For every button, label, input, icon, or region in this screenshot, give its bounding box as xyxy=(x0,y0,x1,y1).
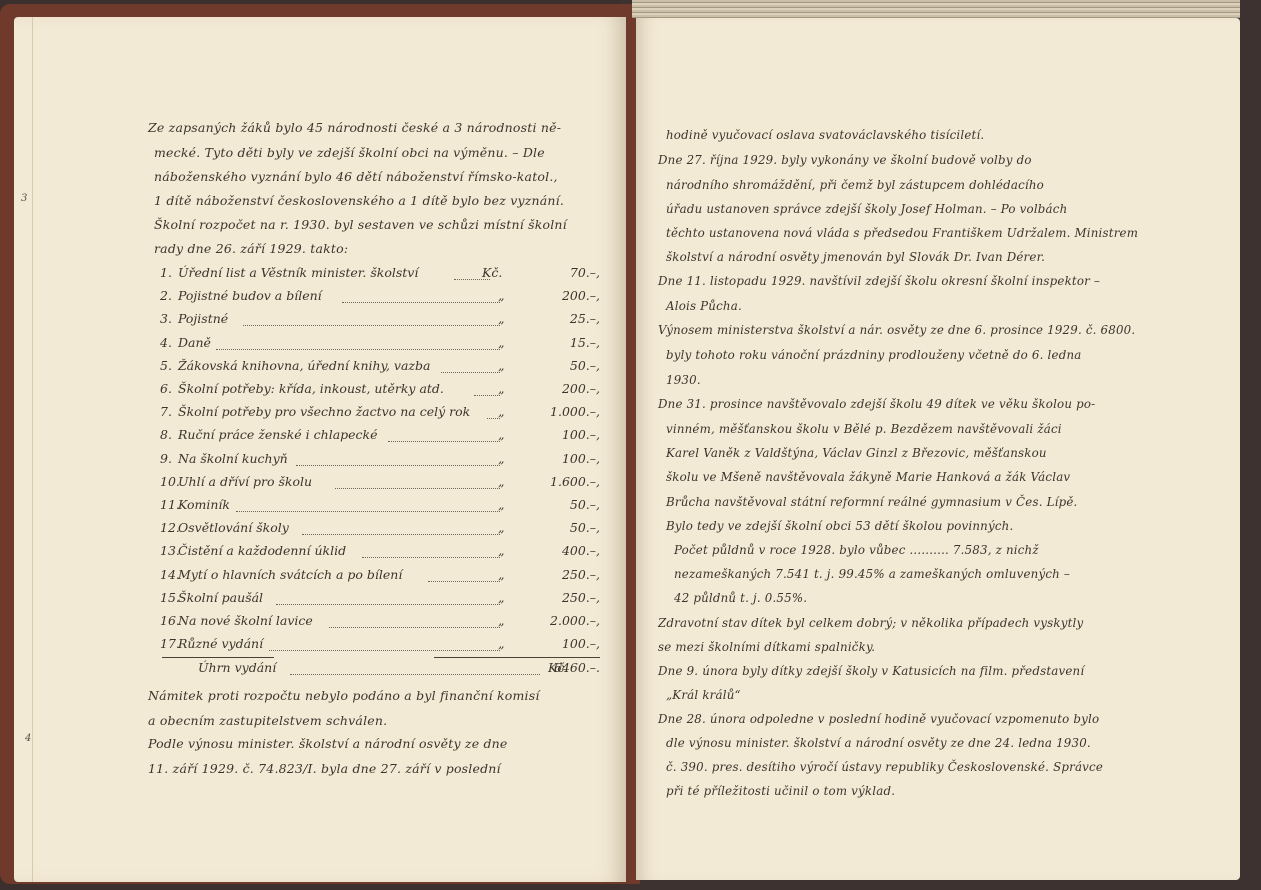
item-number: 6. xyxy=(160,381,172,396)
text-line: a obecním zastupitelstvem schválen. xyxy=(148,713,387,728)
text-line: školství a národní osvěty jmenován byl S… xyxy=(666,250,1045,264)
budget-row: 1.Úřední list a Věstník minister. školst… xyxy=(160,265,600,287)
text-line: rady dne 26. září 1929. takto: xyxy=(154,241,348,256)
text-line: Dne 9. února byly dítky zdejší školy v K… xyxy=(658,664,1084,678)
item-marker: „ xyxy=(498,427,504,442)
budget-row: 5.Žákovská knihovna, úřední knihy, vazba… xyxy=(160,358,600,380)
text-line: Dne 27. října 1929. byly vykonány ve ško… xyxy=(658,153,1032,167)
item-amount: 25.–, xyxy=(570,311,600,326)
item-number: 3. xyxy=(160,311,172,326)
text-line: dle výnosu minister. školství a národní … xyxy=(666,736,1091,750)
leader-dots xyxy=(269,636,500,651)
item-marker: „ xyxy=(498,404,504,419)
item-number: 17. xyxy=(160,636,180,651)
item-number: 16. xyxy=(160,613,180,628)
item-label: Ruční práce ženské i chlapecké xyxy=(178,427,378,442)
item-label: Uhlí a dříví pro školu xyxy=(178,474,312,489)
item-marker: „ xyxy=(498,358,504,373)
leader-dots xyxy=(329,613,500,628)
item-marker: „ xyxy=(498,590,504,605)
page-stack-edge xyxy=(632,0,1240,18)
item-marker: „ xyxy=(498,613,504,628)
text-line: úřadu ustanoven správce zdejší školy Jos… xyxy=(666,202,1067,216)
text-line: Zdravotní stav dítek byl celkem dobrý; v… xyxy=(658,616,1083,630)
item-label: Školní potřeby: křída, inkoust, utěrky a… xyxy=(178,381,444,396)
item-marker: „ xyxy=(498,567,504,582)
budget-row: 15.Školní paušál„250.–, xyxy=(160,590,600,612)
budget-row: 3.Pojistné„25.–, xyxy=(160,311,600,333)
item-marker: „ xyxy=(498,311,504,326)
text-line: nezameškaných 7.541 t. j. 99.45% a zameš… xyxy=(674,567,1070,581)
item-marker: „ xyxy=(498,543,504,558)
underline-rule xyxy=(162,657,274,658)
item-number: 11. xyxy=(160,497,180,512)
budget-row: 16.Na nové školní lavice„2.000.–, xyxy=(160,613,600,635)
item-amount: 200.–, xyxy=(562,288,600,303)
text-line: Karel Vaněk z Valdštýna, Václav Ginzl z … xyxy=(666,446,1047,460)
item-label: Na školní kuchyň xyxy=(178,451,288,466)
item-marker: „ xyxy=(498,497,504,512)
item-amount: 50.–, xyxy=(570,358,600,373)
leader-dots xyxy=(474,381,500,396)
text-line: Brůcha navštěvoval státní reformní reáln… xyxy=(666,495,1078,509)
item-label: Daně xyxy=(178,335,211,350)
item-amount: 100.–, xyxy=(562,427,600,442)
budget-row: 12.Osvětlování školy„50.–, xyxy=(160,520,600,542)
budget-row: 11.Kominík„50.–, xyxy=(160,497,600,519)
text-line: vinném, měšťanskou školu v Bělé p. Bezdě… xyxy=(666,422,1062,436)
item-label: Školní paušál xyxy=(178,590,263,605)
budget-row: 14.Mytí o hlavních svátcích a po bílení„… xyxy=(160,567,600,589)
leader-dots xyxy=(302,520,500,535)
item-label: Pojistné budov a bílení xyxy=(178,288,322,303)
item-amount: 200.–, xyxy=(562,381,600,396)
item-label: Pojistné xyxy=(178,311,228,326)
leader-dots xyxy=(388,427,500,442)
leader-dots xyxy=(290,660,540,675)
item-marker: „ xyxy=(498,474,504,489)
item-number: 5. xyxy=(160,358,172,373)
item-amount: 1.600.–, xyxy=(550,474,600,489)
text-line: mecké. Tyto děti byly ve zdejší školní o… xyxy=(154,145,545,160)
item-amount: 100.–, xyxy=(562,451,600,466)
item-number: 13. xyxy=(160,543,180,558)
item-amount: 250.–, xyxy=(562,590,600,605)
item-marker: „ xyxy=(498,451,504,466)
item-amount: 70.–, xyxy=(570,265,600,280)
margin-mark: 4 xyxy=(25,733,31,744)
item-label: Žákovská knihovna, úřední knihy, vazba xyxy=(178,358,430,373)
item-label: Kominík xyxy=(178,497,230,512)
item-label: Mytí o hlavních svátcích a po bílení xyxy=(178,567,402,582)
item-number: 8. xyxy=(160,427,172,442)
text-line: 1930. xyxy=(666,373,701,387)
item-number: 15. xyxy=(160,590,180,605)
budget-total-row: Úhrn vydání Kč. 6460.–. xyxy=(160,660,600,682)
leader-dots xyxy=(276,590,500,605)
margin-mark: 3 xyxy=(21,193,27,204)
item-number: 14. xyxy=(160,567,180,582)
text-line: Dne 11. listopadu 1929. navštívil zdejší… xyxy=(658,274,1100,288)
text-line: 42 půldnů t. j. 0.55%. xyxy=(674,591,807,605)
text-line: při té příležitosti učinil o tom výklad. xyxy=(666,784,895,798)
leader-dots xyxy=(335,474,500,489)
text-line: „Král králů“ xyxy=(666,688,741,702)
budget-row: 7.Školní potřeby pro všechno žactvo na c… xyxy=(160,404,600,426)
item-marker: „ xyxy=(498,288,504,303)
item-number: 2. xyxy=(160,288,172,303)
text-line: 1 dítě náboženství československého a 1 … xyxy=(154,193,564,208)
item-label: Čistění a každodenní úklid xyxy=(178,543,346,558)
item-marker: „ xyxy=(498,636,504,651)
total-amount: 6460.–. xyxy=(554,660,600,675)
item-marker: „ xyxy=(498,335,504,350)
budget-row: 4.Daně„15.–, xyxy=(160,335,600,357)
page-edge-line xyxy=(32,17,33,882)
item-amount: 400.–, xyxy=(562,543,600,558)
text-line: náboženského vyznání bylo 46 dětí nábože… xyxy=(154,169,558,184)
left-page: 3 4 Ze zapsaných žáků bylo 45 národnosti… xyxy=(14,17,626,882)
budget-row: 10.Uhlí a dříví pro školu„1.600.–, xyxy=(160,474,600,496)
text-line: 11. září 1929. č. 74.823/I. byla dne 27.… xyxy=(148,761,501,776)
item-amount: 2.000.–, xyxy=(550,613,600,628)
item-label: Školní potřeby pro všechno žactvo na cel… xyxy=(178,404,470,419)
text-line: Ze zapsaných žáků bylo 45 národnosti čes… xyxy=(148,120,561,135)
leader-dots xyxy=(216,335,500,350)
item-number: 7. xyxy=(160,404,172,419)
text-line: se mezi školními dítkami spalničky. xyxy=(658,640,875,654)
text-line: Alois Půcha. xyxy=(666,299,742,313)
text-line: Podle výnosu minister. školství a národn… xyxy=(148,736,508,751)
item-amount: 50.–, xyxy=(570,497,600,512)
leader-dots xyxy=(243,311,500,326)
item-number: 12. xyxy=(160,520,180,535)
item-amount: 100.–, xyxy=(562,636,600,651)
item-marker: Kč. xyxy=(482,265,502,280)
item-number: 10. xyxy=(160,474,180,489)
budget-row: 8.Ruční práce ženské i chlapecké„100.–, xyxy=(160,427,600,449)
right-page: hodině vyučovací oslava svatováclavského… xyxy=(636,18,1240,880)
text-line: těchto ustanovena nová vláda s předsedou… xyxy=(666,226,1138,240)
budget-row: 17.Různé vydání„100.–, xyxy=(160,636,600,658)
leader-dots xyxy=(428,567,500,582)
budget-row: 9.Na školní kuchyň„100.–, xyxy=(160,451,600,473)
item-label: Úřední list a Věstník minister. školství xyxy=(178,265,418,280)
item-amount: 15.–, xyxy=(570,335,600,350)
text-line: školu ve Mšeně navštěvovala žákyně Marie… xyxy=(666,470,1070,484)
item-label: Na nové školní lavice xyxy=(178,613,313,628)
text-line: hodině vyučovací oslava svatováclavského… xyxy=(666,128,984,142)
budget-row: 2.Pojistné budov a bílení„200.–, xyxy=(160,288,600,310)
item-marker: „ xyxy=(498,520,504,535)
text-line: č. 390. pres. desítiho výročí ústavy rep… xyxy=(666,760,1103,774)
text-line: Dne 31. prosince navštěvovalo zdejší ško… xyxy=(658,397,1095,411)
item-amount: 1.000.–, xyxy=(550,404,600,419)
item-amount: 250.–, xyxy=(562,567,600,582)
sum-rule xyxy=(434,657,600,658)
leader-dots xyxy=(296,451,500,466)
item-number: 4. xyxy=(160,335,172,350)
item-label: Osvětlování školy xyxy=(178,520,289,535)
text-line: národního shromáždění, při čemž byl zást… xyxy=(666,178,1044,192)
text-line: Bylo tedy ve zdejší školní obci 53 dětí … xyxy=(666,519,1013,533)
item-label: Různé vydání xyxy=(178,636,263,651)
text-line: byly tohoto roku vánoční prázdniny prodl… xyxy=(666,348,1081,362)
leader-dots xyxy=(236,497,500,512)
budget-row: 13.Čistění a každodenní úklid„400.–, xyxy=(160,543,600,565)
item-amount: 50.–, xyxy=(570,520,600,535)
leader-dots xyxy=(362,543,500,558)
text-line: Výnosem ministerstva školství a nár. osv… xyxy=(658,323,1135,337)
item-number: 1. xyxy=(160,265,172,280)
leader-dots xyxy=(342,288,500,303)
text-line: Námitek proti rozpočtu nebylo podáno a b… xyxy=(148,688,540,703)
budget-row: 6.Školní potřeby: křída, inkoust, utěrky… xyxy=(160,381,600,403)
text-line: Počet půldnů v roce 1928. bylo vůbec ...… xyxy=(674,543,1039,557)
leader-dots xyxy=(441,358,500,373)
text-line: Dne 28. února odpoledne v poslední hodin… xyxy=(658,712,1099,726)
total-label: Úhrn vydání xyxy=(198,660,276,675)
item-number: 9. xyxy=(160,451,172,466)
item-marker: „ xyxy=(498,381,504,396)
text-line: Školní rozpočet na r. 1930. byl sestaven… xyxy=(154,217,567,232)
